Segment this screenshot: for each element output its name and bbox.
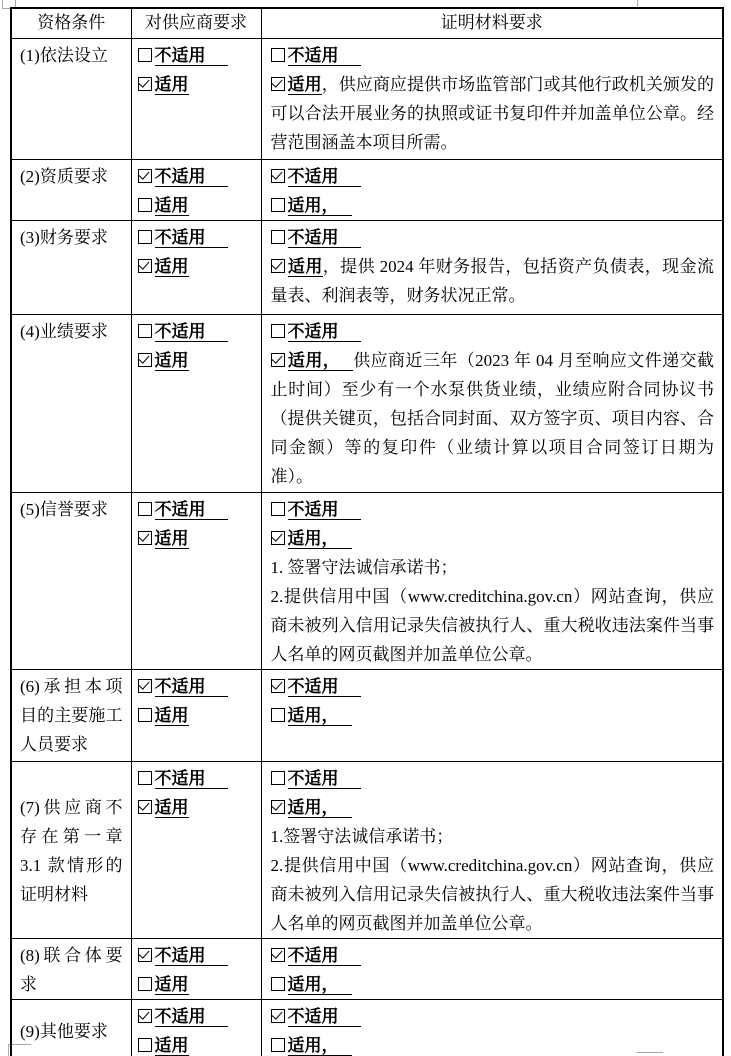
option-line: 不适用 [138,495,253,524]
option-label: 适用 [155,196,189,216]
option-line: 适用 [138,701,253,730]
option-line: 适用 [138,191,253,220]
checkbox-icon[interactable] [271,1038,285,1052]
evidence-cell: 不适用 适用， [261,939,723,1000]
option-label: 不适用 [155,46,228,66]
header-qualification: 资格条件 [11,8,131,39]
checkbox-icon[interactable] [138,1038,152,1052]
evidence-option: 适用，供应商应提供市场监管部门或其他行政机关颁发的可以合法开展业务的执照或证书复… [271,70,715,157]
evidence-cell: 不适用 适用， 1. 签署守法诚信承诺书； 2.提供信用中国（www.credi… [261,493,723,670]
condition-label: (3)财务要求 [20,228,108,247]
condition-cell: (1)依法设立 [11,39,131,160]
condition-label: (6)承担本项目的主要施工人员要求 [20,677,123,754]
checkbox-icon[interactable] [138,48,152,62]
condition-label: (9)其他要求 [20,1022,108,1041]
condition-cell: (2)资质要求 [11,160,131,221]
evidence-option: 适用， [271,793,715,822]
checkbox-icon[interactable] [271,531,285,545]
option-line: 不适用 [138,317,253,346]
option-line: 适用 [138,346,253,375]
evidence-cell: 不适用 适用， [261,1000,723,1056]
checkbox-icon[interactable] [138,353,152,367]
checkbox-icon[interactable] [271,708,285,722]
condition-label: (4)业绩要求 [20,322,108,341]
evidence-option: 不适用 [271,941,715,970]
evidence-option: 不适用 [271,672,715,701]
checkbox-icon[interactable] [138,259,152,273]
option-label: 适用 [155,75,189,95]
evidence-cell: 不适用 适用， [261,670,723,762]
checkbox-icon[interactable] [271,679,285,693]
checkbox-icon[interactable] [138,77,152,91]
option-line: 不适用 [138,1002,253,1031]
evidence-cell: 不适用 适用， [261,160,723,221]
supplier-cell: 不适用 适用 [131,762,261,939]
table-row-6: (6)承担本项目的主要施工人员要求 不适用 适用 不适用 适用， [11,670,723,762]
checkbox-icon[interactable] [138,977,152,991]
option-label: 不适用 [155,322,228,342]
option-label: 适用 [288,75,322,95]
header-evidence: 证明材料要求 [261,8,723,39]
option-line: 适用 [138,252,253,281]
checkbox-icon[interactable] [271,771,285,785]
condition-cell: (4)业绩要求 [11,315,131,493]
option-label: 适用 [155,706,189,726]
condition-cell: (6)承担本项目的主要施工人员要求 [11,670,131,762]
checkbox-icon[interactable] [271,48,285,62]
evidence-cell: 不适用 适用，供应商近三年（2023 年 04 月至响应文件递交截止时间）至少有… [261,315,723,493]
option-label: 不适用 [288,322,361,342]
evidence-option: 不适用 [271,1002,715,1031]
evidence-cell: 不适用 适用，供应商应提供市场监管部门或其他行政机关颁发的可以合法开展业务的执照… [261,39,723,160]
checkbox-icon[interactable] [138,679,152,693]
evidence-option: 适用， [271,1031,715,1056]
option-label: 不适用 [155,1007,228,1027]
condition-label: (5)信誉要求 [20,500,108,519]
table-row-7: (7)供应商不存在第一章 3.1 款情形的证明材料 不适用 适用 不适用 适用，… [11,762,723,939]
evidence-option: 不适用 [271,764,715,793]
evidence-text: 供应商近三年（2023 年 04 月至响应文件递交截止时间）至少有一个水泵供货业… [271,351,715,486]
option-line: 不适用 [138,162,253,191]
condition-label: (2)资质要求 [20,167,108,186]
checkbox-icon[interactable] [271,502,285,516]
supplier-cell: 不适用 适用 [131,939,261,1000]
option-label: 适用， [288,196,352,216]
option-line: 不适用 [138,41,253,70]
evidence-option: 不适用 [271,495,715,524]
checkbox-icon[interactable] [271,77,285,91]
option-label: 不适用 [288,46,361,66]
supplier-cell: 不适用 适用 [131,670,261,762]
option-label: 适用 [155,1036,189,1056]
option-label: 不适用 [288,500,361,520]
checkbox-icon[interactable] [271,198,285,212]
option-label: 不适用 [288,1007,361,1027]
option-label: 不适用 [288,167,361,187]
option-line: 适用 [138,970,253,999]
supplier-cell: 不适用 适用 [131,493,261,670]
checkbox-icon[interactable] [271,1009,285,1023]
table-row-4: (4)业绩要求 不适用 适用 不适用 适用，供应商近三年（2023 年 04 月… [11,315,723,493]
checkbox-icon[interactable] [138,169,152,183]
condition-cell: (3)财务要求 [11,221,131,315]
evidence-option: 不适用 [271,317,715,346]
table-row-1: (1)依法设立 不适用 适用 不适用 适用，供应商应提供市场监管部门或其他行政机… [11,39,723,160]
checkbox-icon[interactable] [271,948,285,962]
condition-label: (1)依法设立 [20,46,108,65]
header-supplier: 对供应商要求 [131,8,261,39]
option-label: 不适用 [288,228,361,248]
supplier-cell: 不适用 适用 [131,315,261,493]
checkbox-icon[interactable] [271,353,285,367]
option-line: 适用 [138,793,253,822]
option-label: 不适用 [155,500,228,520]
checkbox-icon[interactable] [138,230,152,244]
option-label: 不适用 [288,946,361,966]
document-page: 资格条件 对供应商要求 证明材料要求 (1)依法设立 不适用 适用 不适用 适用… [0,0,731,1056]
option-line: 不适用 [138,941,253,970]
option-label: 不适用 [288,769,361,789]
table-header-row: 资格条件 对供应商要求 证明材料要求 [11,8,723,39]
checkbox-icon[interactable] [138,708,152,722]
table-row-9: (9)其他要求 不适用 适用 不适用 适用， [11,1000,723,1056]
evidence-option: 不适用 [271,41,715,70]
option-label: 不适用 [288,677,361,697]
option-label: 适用 [155,351,189,371]
table-row-5: (5)信誉要求 不适用 适用 不适用 适用， 1. 签署守法诚信承诺书； 2.提… [11,493,723,670]
evidence-option: 适用，提供 2024 年财务报告，包括资产负债表，现金流量表、利润表等，财务状况… [271,252,715,310]
option-label: 适用 [155,529,189,549]
evidence-cell: 不适用 适用， 1.签署守法诚信承诺书； 2.提供信用中国（www.credit… [261,762,723,939]
evidence-option: 不适用 [271,223,715,252]
condition-label: (8)联合体要求 [20,946,123,994]
checkbox-icon[interactable] [271,259,285,273]
qualification-table: 资格条件 对供应商要求 证明材料要求 (1)依法设立 不适用 适用 不适用 适用… [10,7,724,1056]
checkbox-icon[interactable] [138,948,152,962]
option-label: 适用， [288,975,352,995]
supplier-cell: 不适用 适用 [131,160,261,221]
supplier-cell: 不适用 适用 [131,1000,261,1056]
option-label: 适用 [155,798,189,818]
checkbox-icon[interactable] [271,230,285,244]
condition-cell: (5)信誉要求 [11,493,131,670]
evidence-cell: 不适用 适用，提供 2024 年财务报告，包括资产负债表，现金流量表、利润表等，… [261,221,723,315]
option-label: 适用 [155,975,189,995]
option-label: 适用， [288,1036,352,1056]
checkbox-icon[interactable] [138,324,152,338]
option-label: 适用 [288,257,323,277]
option-line: 不适用 [138,764,253,793]
option-label: 适用， [288,798,352,818]
option-line: 适用 [138,1031,253,1056]
evidence-note: 2.提供信用中国（www.creditchina.gov.cn）网站查询，供应商… [271,851,715,938]
option-label: 不适用 [155,228,228,248]
option-label: 不适用 [155,167,228,187]
evidence-option: 适用， [271,701,715,730]
condition-cell: (7)供应商不存在第一章 3.1 款情形的证明材料 [11,762,131,939]
table-row-8: (8)联合体要求 不适用 适用 不适用 适用， [11,939,723,1000]
checkbox-icon[interactable] [138,800,152,814]
evidence-option: 不适用 [271,162,715,191]
option-line: 适用 [138,524,253,553]
checkbox-icon[interactable] [138,531,152,545]
checkbox-icon[interactable] [138,1009,152,1023]
checkbox-icon[interactable] [138,198,152,212]
option-label: 适用， [288,351,354,371]
checkbox-icon[interactable] [138,502,152,516]
option-label: 适用 [155,257,189,277]
option-line: 适用 [138,70,253,99]
checkbox-icon[interactable] [271,800,285,814]
supplier-cell: 不适用 适用 [131,221,261,315]
condition-label: (7)供应商不存在第一章 3.1 款情形的证明材料 [20,798,123,904]
option-label: 不适用 [155,677,228,697]
option-label: 适用， [288,706,352,726]
checkbox-icon[interactable] [138,771,152,785]
table-row-2: (2)资质要求 不适用 适用 不适用 适用， [11,160,723,221]
evidence-option: 适用， [271,191,715,220]
evidence-note: 1. 签署守法诚信承诺书； [271,553,715,582]
evidence-option: 适用，供应商近三年（2023 年 04 月至响应文件递交截止时间）至少有一个水泵… [271,346,715,491]
evidence-note: 2.提供信用中国（www.creditchina.gov.cn）网站查询，供应商… [271,582,715,669]
table-row-3: (3)财务要求 不适用 适用 不适用 适用，提供 2024 年财务报告，包括资产… [11,221,723,315]
evidence-text: ，供应商应提供市场监管部门或其他行政机关颁发的可以合法开展业务的执照或证书复印件… [271,75,715,152]
evidence-text: ，提供 2024 年财务报告，包括资产负债表，现金流量表、利润表等，财务状况正常… [271,257,715,305]
evidence-note: 1.签署守法诚信承诺书； [271,822,715,851]
option-label: 适用， [288,529,352,549]
condition-cell: (9)其他要求 [11,1000,131,1056]
option-line: 不适用 [138,223,253,252]
checkbox-icon[interactable] [271,169,285,183]
checkbox-icon[interactable] [271,977,285,991]
option-label: 不适用 [155,769,228,789]
option-label: 不适用 [155,946,228,966]
supplier-cell: 不适用 适用 [131,39,261,160]
evidence-option: 适用， [271,524,715,553]
checkbox-icon[interactable] [271,324,285,338]
condition-cell: (8)联合体要求 [11,939,131,1000]
evidence-option: 适用， [271,970,715,999]
option-line: 不适用 [138,672,253,701]
